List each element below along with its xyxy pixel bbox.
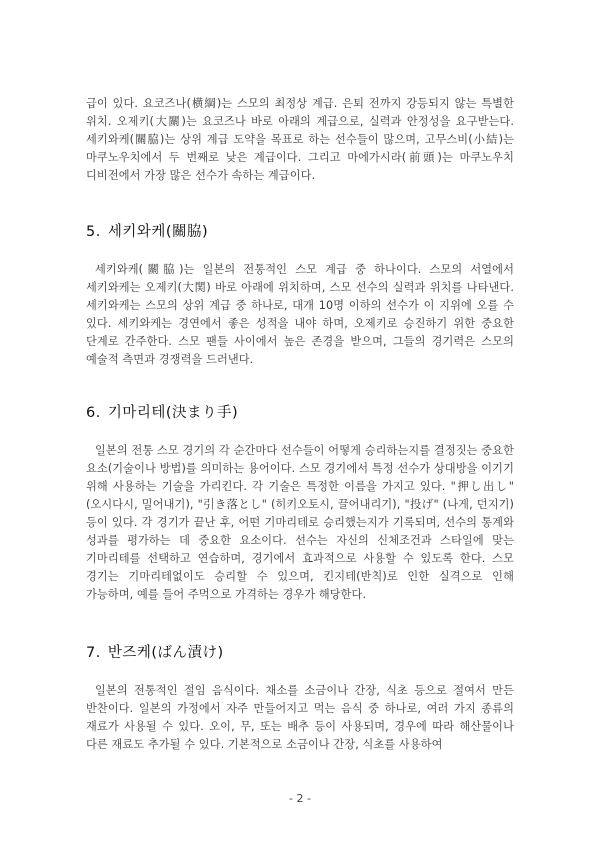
section-title: 세키와케(關脇) [108,224,208,240]
section-paragraph-6: 일본의 전통 스모 경기의 각 순간마다 선수들이 어떻게 승리하는지를 결정짓… [86,442,514,604]
section-title: 반즈케(ばん漬け) [108,645,224,661]
section-number: 5. [86,224,101,240]
section-heading-6: 6.기마리테(決まり手) [86,403,238,423]
page-number: - 2 - [0,792,600,805]
section-number: 7. [86,645,101,661]
section-paragraph-5: 세키와케(關脇)는 일본의 전통적인 스모 계급 중 하나이다. 스모의 서열에… [86,261,514,369]
intro-paragraph: 급이 있다. 요코즈나(横綱)는 스모의 최정상 계급. 은퇴 전까지 강등되지… [86,95,514,185]
section-number: 6. [86,405,101,421]
section-heading-5: 5.세키와케(關脇) [86,222,208,242]
section-paragraph-7: 일본의 전통적인 절임 음식이다. 채소를 소금이나 간장, 식초 등으로 절여… [86,682,514,754]
document-page: 급이 있다. 요코즈나(横綱)는 스모의 최정상 계급. 은퇴 전까지 강등되지… [0,0,600,849]
section-heading-7: 7.반즈케(ばん漬け) [86,643,224,663]
section-title: 기마리테(決まり手) [108,405,238,421]
